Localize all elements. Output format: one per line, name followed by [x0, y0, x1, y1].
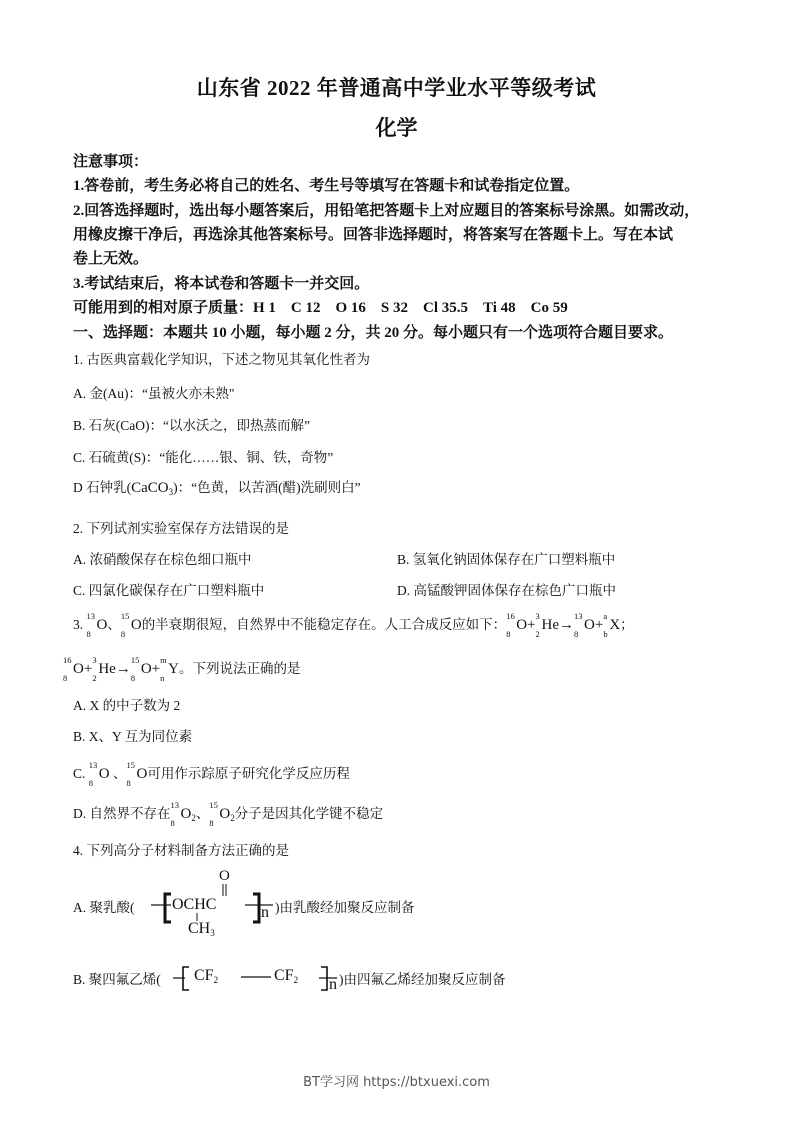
- q3-option-a: A. X 的中子数为 2: [73, 694, 180, 714]
- mass-number: m: [160, 656, 167, 665]
- mass-number: 16: [506, 612, 515, 621]
- q2-option-d: D. 高锰酸钾固体保存在棕色广口瓶中: [397, 579, 616, 599]
- q1-d-suffix: )：“色黄，以苦酒(醋)洗刷则白”: [173, 480, 360, 495]
- option-text: )由乳酸经加聚反应制备: [275, 896, 415, 916]
- atomic-number: 2: [536, 630, 540, 639]
- atomic-number: 8: [574, 630, 578, 639]
- arrow-icon: →: [559, 617, 574, 633]
- atomic-number: 8: [126, 779, 130, 788]
- repeat-n: n: [329, 976, 337, 994]
- mass-number: 13: [171, 801, 180, 810]
- subject-title: 化学: [0, 112, 793, 142]
- atomic-number: 8: [131, 674, 135, 683]
- notice-item-2-end: 卷上无效。: [73, 247, 148, 268]
- q1-option-c: C. 石硫黄(S)：“能化……银、铜、铁，奇物”: [73, 446, 333, 466]
- atomic-number: 8: [209, 819, 213, 828]
- option-label: A. 聚乳酸(: [73, 896, 135, 916]
- option-text: )由四氟乙烯经加聚反应制备: [339, 968, 506, 988]
- mass-number: 3: [92, 656, 96, 665]
- atomic-number: n: [160, 674, 164, 683]
- nuclide-o15: 158O: [126, 766, 147, 783]
- mass-number: 15: [209, 801, 218, 810]
- option-text: 可用作示踪原子研究化学反应历程: [147, 766, 350, 781]
- atomic-number: 8: [506, 630, 510, 639]
- q1-d-prefix: D 石钟乳(: [73, 480, 131, 495]
- mass-number: 15: [121, 612, 130, 621]
- atomic-number: b: [603, 630, 607, 639]
- q3-option-d: D. 自然界不存在138O2、158O2分子是因其化学键不稳定: [73, 802, 383, 823]
- atomic-number: 8: [87, 630, 91, 639]
- question-4-stem: 4. 下列高分子材料制备方法正确的是: [73, 839, 289, 859]
- cf2-unit-1: CF2: [194, 967, 218, 985]
- q2-option-b: B. 氢氧化钠固体保存在广口塑料瓶中: [397, 548, 615, 568]
- atomic-number: 8: [89, 779, 93, 788]
- mass-number: 13: [574, 612, 583, 621]
- cf2-unit-2: CF2: [274, 967, 298, 985]
- mass-number: 15: [126, 761, 135, 770]
- nuclide-o16: 168O: [506, 617, 527, 634]
- separator: ；: [620, 617, 634, 632]
- section-1-heading: 一、选择题：本题共 10 小题，每小题 2 分，共 20 分。每小题只有一个选项…: [73, 321, 673, 342]
- nuclide-o15: 158O: [131, 661, 152, 678]
- q2-option-c: C. 四氯化碳保存在广口塑料瓶中: [73, 579, 264, 599]
- atomic-masses: 可能用到的相对原子质量：H 1 C 12 O 16 S 32 Cl 35.5 T…: [73, 296, 568, 317]
- atomic-number: 8: [121, 630, 125, 639]
- watermark-footer: BT学习网 https://btxuexi.com: [0, 1071, 793, 1090]
- separator: 、: [196, 806, 210, 821]
- subscript: 2: [214, 975, 219, 985]
- notice-item-1: 1.答卷前，考生务必将自己的姓名、考生号等填写在答题卡和试卷指定位置。: [73, 174, 579, 195]
- subscript: 3: [210, 928, 215, 938]
- q3-number: 3.: [73, 617, 87, 632]
- q1-option-b: B. 石灰(CaO)：“以水沃之，即热蒸而解”: [73, 414, 310, 434]
- nuclide-o13: 138O: [89, 766, 110, 783]
- plus-sign: +: [84, 661, 92, 677]
- question-3-stem-line2: 168O+32He→158O+mnY。下列说法正确的是: [73, 657, 300, 678]
- q1-option-a: A. 金(Au)：“虽被火亦未熟": [73, 382, 235, 402]
- mass-number: 13: [87, 612, 96, 621]
- molecule-o15-2: 158O: [209, 806, 230, 823]
- q3-option-b: B. X、Y 互为同位素: [73, 725, 192, 745]
- mass-number: 16: [63, 656, 72, 665]
- option-label: B. 聚四氟乙烯(: [73, 968, 161, 988]
- notice-item-2-cont: 用橡皮擦干净后，再选涂其他答案标号。回答非选择题时，将答案写在答题卡上。写在本试: [73, 223, 673, 244]
- cf: CF: [274, 967, 294, 984]
- methyl-ch: CH: [188, 920, 210, 937]
- q3-text: 的半衰期很短，自然界中不能稳定存在。人工合成反应如下：: [142, 617, 507, 632]
- cf: CF: [194, 967, 214, 984]
- q3-option-c: C. 138O 、158O可用作示踪原子研究化学反应历程: [73, 762, 350, 783]
- carbonyl-oxygen: O: [219, 868, 230, 885]
- mass-number: 13: [89, 761, 98, 770]
- exam-title: 山东省 2022 年普通高中学业水平等级考试: [0, 72, 793, 102]
- q1-option-d: D 石钟乳(CaCO3)：“色黄，以苦酒(醋)洗刷则白”: [73, 476, 361, 497]
- notice-heading: 注意事项：: [73, 150, 148, 171]
- polymer-unit: OCHC: [172, 896, 216, 914]
- option-text: 分子是因其化学键不稳定: [235, 806, 384, 821]
- mass-number: 15: [131, 656, 140, 665]
- question-2-stem: 2. 下列试剂实验室保存方法错误的是: [73, 517, 289, 537]
- mass-number: a: [603, 612, 607, 621]
- subscript: 2: [294, 975, 299, 985]
- nuclide-y: mnY: [160, 661, 179, 678]
- plus-sign: +: [527, 617, 535, 633]
- notice-item-2: 2.回答选择题时，选出每小题答案后，用铅笔把答题卡上对应题目的答案标号涂黑。如需…: [73, 199, 699, 220]
- option-label: C.: [73, 766, 89, 781]
- nuclide-o13: 138O: [574, 617, 595, 634]
- option-label: D. 自然界不存在: [73, 806, 171, 821]
- molecule-o13-2: 138O: [171, 806, 192, 823]
- notice-item-3: 3.考试结束后，将本试卷和答题卡一并交回。: [73, 272, 369, 293]
- separator: 、: [110, 766, 127, 781]
- plus-sign: +: [595, 617, 603, 633]
- atomic-number: 2: [92, 674, 96, 683]
- atomic-number: 8: [171, 819, 175, 828]
- q1-d-formula: CaCO: [131, 480, 169, 496]
- q3-text: 。下列说法正确的是: [179, 661, 301, 676]
- nuclide-he3: 32He: [536, 617, 560, 634]
- question-3-stem: 3. 138O、158O的半衰期很短，自然界中不能稳定存在。人工合成反应如下：1…: [73, 613, 634, 634]
- q2-option-a: A. 浓硝酸保存在棕色细口瓶中: [73, 548, 252, 568]
- nuclide-o15: 158O: [121, 617, 142, 634]
- nuclide-o13: 138O: [87, 617, 108, 634]
- arrow-icon: →: [116, 661, 131, 677]
- question-1-stem: 1. 古医典富载化学知识，下述之物见其氧化性者为: [73, 348, 370, 368]
- separator: 、: [107, 617, 121, 632]
- nuclide-x: abX: [603, 617, 620, 634]
- nuclide-o16: 168O: [63, 661, 84, 678]
- nuclide-he3: 32He: [92, 661, 116, 678]
- atomic-number: 8: [63, 674, 67, 683]
- methyl-group: CH3: [188, 920, 215, 938]
- mass-number: 3: [536, 612, 540, 621]
- repeat-n: n: [261, 904, 269, 922]
- plus-sign: +: [152, 661, 160, 677]
